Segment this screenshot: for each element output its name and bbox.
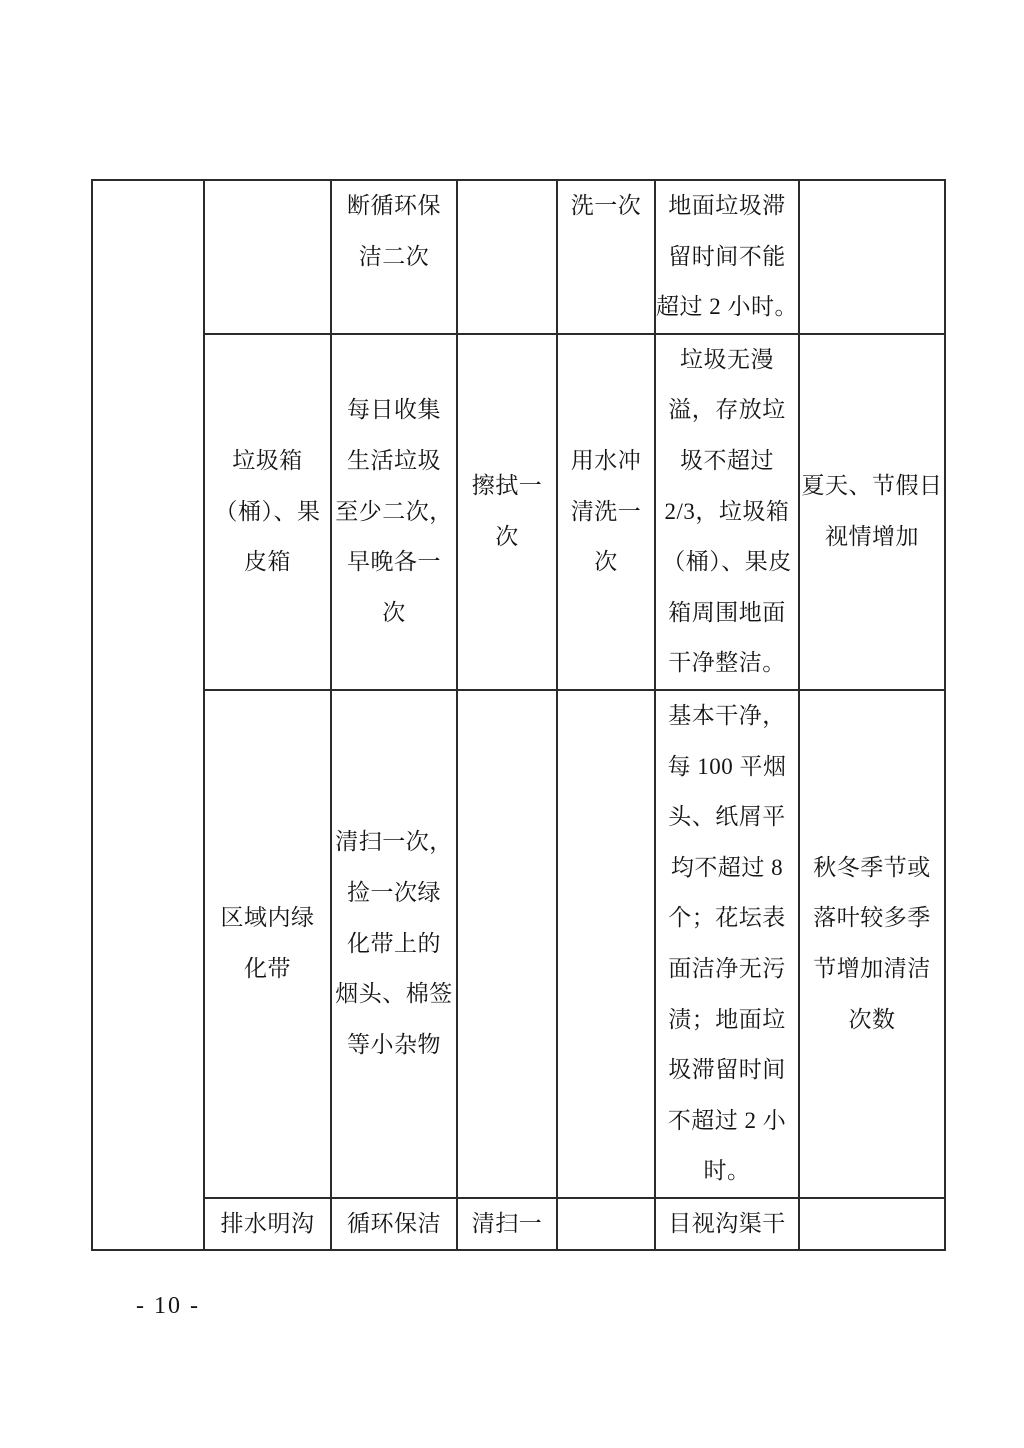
- cell-line: 洗一次: [558, 181, 654, 232]
- cell-line: 2/3，垃圾箱: [656, 487, 798, 538]
- trash-bin-row: 垃圾箱（桶）、果皮箱每日收集生活垃圾至少二次，早晚各一次擦拭一次用水冲清洗一次垃…: [92, 334, 945, 690]
- wash-frequency-cell: [557, 690, 655, 1198]
- wash-frequency-cell: [557, 1198, 655, 1251]
- cell-line: 不超过 2 小: [656, 1096, 798, 1147]
- cell-line: （桶）、果皮: [656, 537, 798, 588]
- green-belt-row: 区域内绿化带清扫一次，捡一次绿化带上的烟头、棉签等小杂物基本干净，每 100 平…: [92, 690, 945, 1198]
- cell-line: 箱周围地面: [656, 588, 798, 639]
- remark-cell: [799, 1198, 945, 1251]
- cell-line: 次数: [800, 995, 944, 1046]
- cell-line: （桶）、果: [205, 487, 330, 538]
- cell-line: 清扫一: [458, 1199, 556, 1250]
- cell-line: 每日收集: [332, 385, 456, 436]
- cell-line: 垃圾箱: [205, 436, 330, 487]
- wash-frequency-cell: 洗一次: [557, 180, 655, 334]
- cell-line: 超过 2 小时。: [656, 282, 798, 333]
- cell-line: 化带: [205, 944, 330, 995]
- page-number: - 10 -: [136, 1293, 200, 1320]
- quality-standard-cell: 基本干净，每 100 平烟头、纸屑平均不超过 8个；花坛表面洁净无污渍；地面垃圾…: [655, 690, 799, 1198]
- cell-line: 圾不超过: [656, 436, 798, 487]
- cell-line: 秋冬季节或: [800, 843, 944, 894]
- cell-line: 清洗一: [558, 487, 654, 538]
- item-name-cell: 排水明沟: [204, 1198, 331, 1251]
- remark-cell: 秋冬季节或落叶较多季节增加清洁次数: [799, 690, 945, 1198]
- wipe-frequency-cell: 清扫一: [457, 1198, 557, 1251]
- cell-line: 落叶较多季: [800, 893, 944, 944]
- category-spanner-cell: [92, 180, 204, 1250]
- cell-line: 次: [332, 588, 456, 639]
- cell-line: 溢，存放垃: [656, 385, 798, 436]
- frequency-cell: 每日收集生活垃圾至少二次，早晚各一次: [331, 334, 457, 690]
- remark-cell: 夏天、节假日视情增加: [799, 334, 945, 690]
- frequency-cell: 循环保洁: [331, 1198, 457, 1251]
- cell-line: 渍；地面垃: [656, 995, 798, 1046]
- cell-line: 烟头、棉签: [332, 969, 456, 1020]
- cell-line: 循环保洁: [332, 1199, 456, 1250]
- cell-line: 地面垃圾滞: [656, 181, 798, 232]
- wipe-frequency-cell: 擦拭一次: [457, 334, 557, 690]
- cell-line: 次: [558, 537, 654, 588]
- item-name-cell: 区域内绿化带: [204, 690, 331, 1198]
- drainage-ditch-row: 排水明沟循环保洁清扫一目视沟渠干: [92, 1198, 945, 1251]
- cell-line: 均不超过 8: [656, 843, 798, 894]
- cell-line: 早晚各一: [332, 537, 456, 588]
- quality-standard-cell: 地面垃圾滞留时间不能超过 2 小时。: [655, 180, 799, 334]
- cell-line: 面洁净无污: [656, 944, 798, 995]
- cell-line: 清扫一次，: [332, 817, 456, 868]
- wipe-frequency-cell: [457, 690, 557, 1198]
- item-name-cell: [204, 180, 331, 334]
- cell-line: 目视沟渠干: [656, 1199, 798, 1250]
- cell-line: 垃圾无漫: [656, 335, 798, 386]
- cell-line: 至少二次，: [332, 487, 456, 538]
- continuation-row: 断循环保洁二次洗一次地面垃圾滞留时间不能超过 2 小时。: [92, 180, 945, 334]
- wipe-frequency-cell: [457, 180, 557, 334]
- cleaning-standards-table: 断循环保洁二次洗一次地面垃圾滞留时间不能超过 2 小时。垃圾箱（桶）、果皮箱每日…: [91, 179, 946, 1251]
- document-page: 断循环保洁二次洗一次地面垃圾滞留时间不能超过 2 小时。垃圾箱（桶）、果皮箱每日…: [0, 0, 1024, 1448]
- remark-cell: [799, 180, 945, 334]
- cell-line: 区域内绿: [205, 893, 330, 944]
- cell-line: 节增加清洁: [800, 944, 944, 995]
- cell-line: 洁二次: [332, 232, 456, 283]
- cell-line: 夏天、节假日: [800, 461, 944, 512]
- wash-frequency-cell: 用水冲清洗一次: [557, 334, 655, 690]
- cell-line: 用水冲: [558, 436, 654, 487]
- cell-line: 擦拭一: [458, 461, 556, 512]
- quality-standard-cell: 垃圾无漫溢，存放垃圾不超过2/3，垃圾箱（桶）、果皮箱周围地面干净整洁。: [655, 334, 799, 690]
- cell-line: 时。: [656, 1146, 798, 1197]
- cell-line: 捡一次绿: [332, 868, 456, 919]
- quality-standard-cell: 目视沟渠干: [655, 1198, 799, 1251]
- cell-line: 化带上的: [332, 919, 456, 970]
- cell-line: 排水明沟: [205, 1199, 330, 1250]
- cell-line: 基本干净，: [656, 691, 798, 742]
- cell-line: 圾滞留时间: [656, 1045, 798, 1096]
- frequency-cell: 断循环保洁二次: [331, 180, 457, 334]
- cell-line: 次: [458, 512, 556, 563]
- frequency-cell: 清扫一次，捡一次绿化带上的烟头、棉签等小杂物: [331, 690, 457, 1198]
- cell-line: 断循环保: [332, 181, 456, 232]
- cell-line: 生活垃圾: [332, 436, 456, 487]
- cell-line: 等小杂物: [332, 1020, 456, 1071]
- cell-line: 个；花坛表: [656, 893, 798, 944]
- cell-line: 视情增加: [800, 512, 944, 563]
- cell-line: 皮箱: [205, 537, 330, 588]
- item-name-cell: 垃圾箱（桶）、果皮箱: [204, 334, 331, 690]
- cell-line: 头、纸屑平: [656, 792, 798, 843]
- cell-line: 留时间不能: [656, 232, 798, 283]
- cell-line: 干净整洁。: [656, 638, 798, 689]
- cell-line: 每 100 平烟: [656, 742, 798, 793]
